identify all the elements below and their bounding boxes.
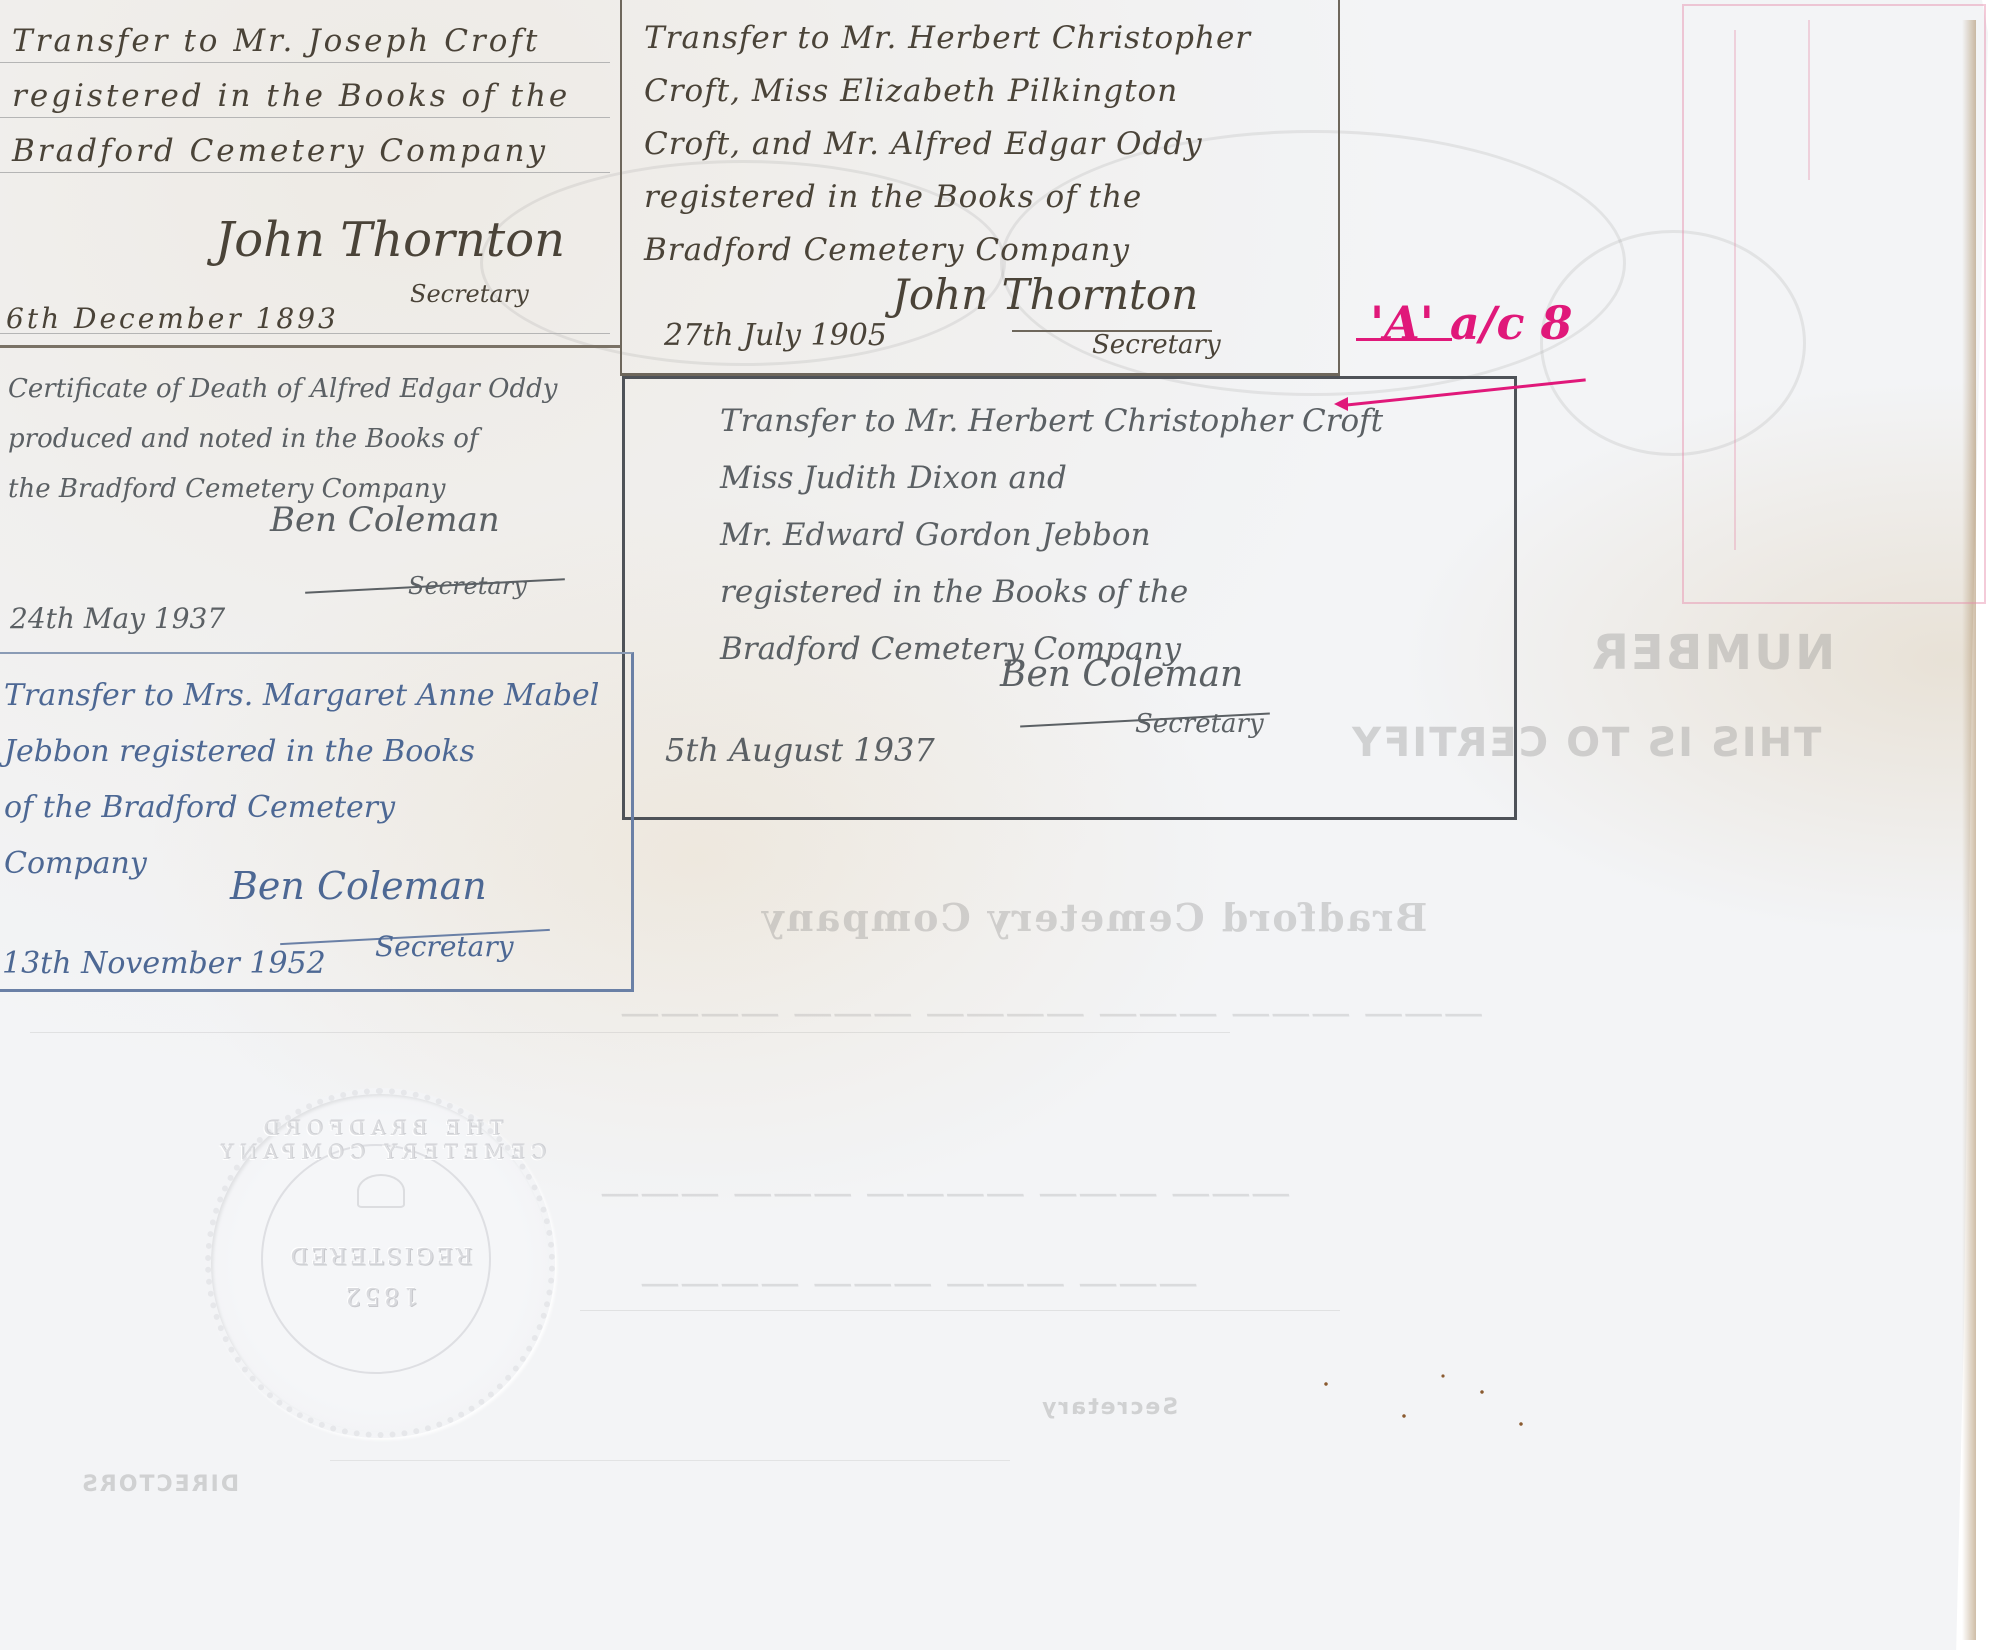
endorsement-line: Mr. Edward Gordon Jebbon	[720, 507, 1383, 564]
endorsement-line: Certificate of Death of Alfred Edgar Odd…	[8, 364, 557, 414]
arrow-head-icon	[1334, 397, 1348, 411]
endorsement-text: Transfer to Mr. Herbert Christopher Crof…	[720, 393, 1383, 678]
endorsement-1893: Transfer to Mr. Joseph Croft registered …	[0, 0, 620, 348]
endorsement-text: Transfer to Mr. Joseph Croft registered …	[12, 14, 570, 179]
endorsement-death-certificate-1937: Certificate of Death of Alfred Edgar Odd…	[0, 350, 620, 652]
endorsement-line: Transfer to Mrs. Margaret Anne Mabel	[4, 668, 599, 724]
account-annotation: 'A' a/c 8	[1370, 296, 1573, 350]
endorsement-line: Croft, and Mr. Alfred Edgar Oddy	[644, 118, 1251, 171]
secretary-signature: John Thornton	[215, 212, 565, 268]
endorsement-transfer-1952: Transfer to Mrs. Margaret Anne Mabel Jeb…	[0, 652, 634, 992]
endorsement-date: 27th July 1905	[664, 318, 887, 353]
endorsement-date: 6th December 1893	[6, 302, 339, 335]
seal-center-text: REGISTERED	[211, 1242, 549, 1267]
secretary-signature: John Thornton	[892, 270, 1198, 319]
endorsement-text: Transfer to Mrs. Margaret Anne Mabel Jeb…	[4, 668, 599, 892]
revenue-stamp-column	[1734, 30, 1736, 550]
bleed-rule	[30, 1032, 1230, 1033]
annotation-strike	[1356, 338, 1452, 341]
bleed-directors-label: DIRECTORS	[80, 1472, 239, 1497]
revenue-stamp-column	[1808, 20, 1810, 180]
secretary-title: Secretary	[1092, 330, 1221, 360]
endorsement-line: registered in the Books of the	[12, 69, 570, 124]
endorsement-line: Jebbon registered in the Books	[4, 724, 599, 780]
endorsement-line: Transfer to Mr. Joseph Croft	[12, 14, 570, 69]
endorsement-line: registered in the Books of the	[644, 171, 1251, 224]
secretary-signature: Ben Coleman	[1000, 654, 1243, 695]
bleed-rule	[330, 1460, 1010, 1461]
secretary-signature: Ben Coleman	[270, 500, 500, 540]
seal-outer-text: THE BRADFORD CEMETERY COMPANY	[211, 1116, 549, 1164]
seal-year: 1852	[211, 1282, 549, 1310]
endorsement-date: 24th May 1937	[10, 602, 225, 635]
endorsement-1905: Transfer to Mr. Herbert Christopher Crof…	[620, 0, 1340, 376]
bleed-handwriting: ——— ——— ——— ————	[640, 1260, 1198, 1306]
bleed-secretary-label: Secretary	[1040, 1395, 1178, 1420]
endorsement-text: Transfer to Mr. Herbert Christopher Crof…	[644, 12, 1251, 277]
endorsement-transfer-aug-1937: Transfer to Mr. Herbert Christopher Crof…	[622, 376, 1517, 820]
endorsement-date: 5th August 1937	[665, 731, 935, 769]
bleed-number-label: NUMBER	[1590, 625, 1835, 681]
bleed-handwriting: ——— ——— ——— ———— ——— ————	[620, 990, 1484, 1036]
bleed-rule	[580, 1310, 1340, 1311]
secretary-title: Secretary	[1135, 709, 1264, 739]
endorsement-line: of the Bradford Cemetery	[4, 780, 599, 836]
endorsement-line: Transfer to Mr. Herbert Christopher	[644, 12, 1251, 65]
secretary-signature: Ben Coleman	[230, 864, 487, 908]
endorsement-line: registered in the Books of the	[720, 564, 1383, 621]
secretary-title: Secretary	[410, 280, 529, 308]
bleed-company-label: Bradford Cemetery Company	[760, 895, 1427, 940]
bleed-handwriting: ——— ——— ———— ——— ———	[600, 1170, 1291, 1216]
endorsement-line: Croft, Miss Elizabeth Pilkington	[644, 65, 1251, 118]
secretary-title: Secretary	[408, 572, 527, 600]
endorsement-line: Transfer to Mr. Herbert Christopher Crof…	[720, 393, 1383, 450]
revenue-stamp-bleed	[1682, 4, 1986, 604]
foxing-spots	[1300, 1360, 1560, 1440]
seal-crown-icon	[357, 1174, 405, 1208]
endorsement-text: Certificate of Death of Alfred Edgar Odd…	[8, 364, 557, 514]
secretary-title: Secretary	[375, 930, 514, 963]
endorsement-line: Miss Judith Dixon and	[720, 450, 1383, 507]
endorsement-line: produced and noted in the Books of	[8, 414, 557, 464]
embossed-company-seal: THE BRADFORD CEMETERY COMPANY REGISTERED…	[205, 1088, 555, 1438]
endorsement-date: 13th November 1952	[2, 946, 326, 981]
endorsement-line: Bradford Cemetery Company	[12, 124, 570, 179]
